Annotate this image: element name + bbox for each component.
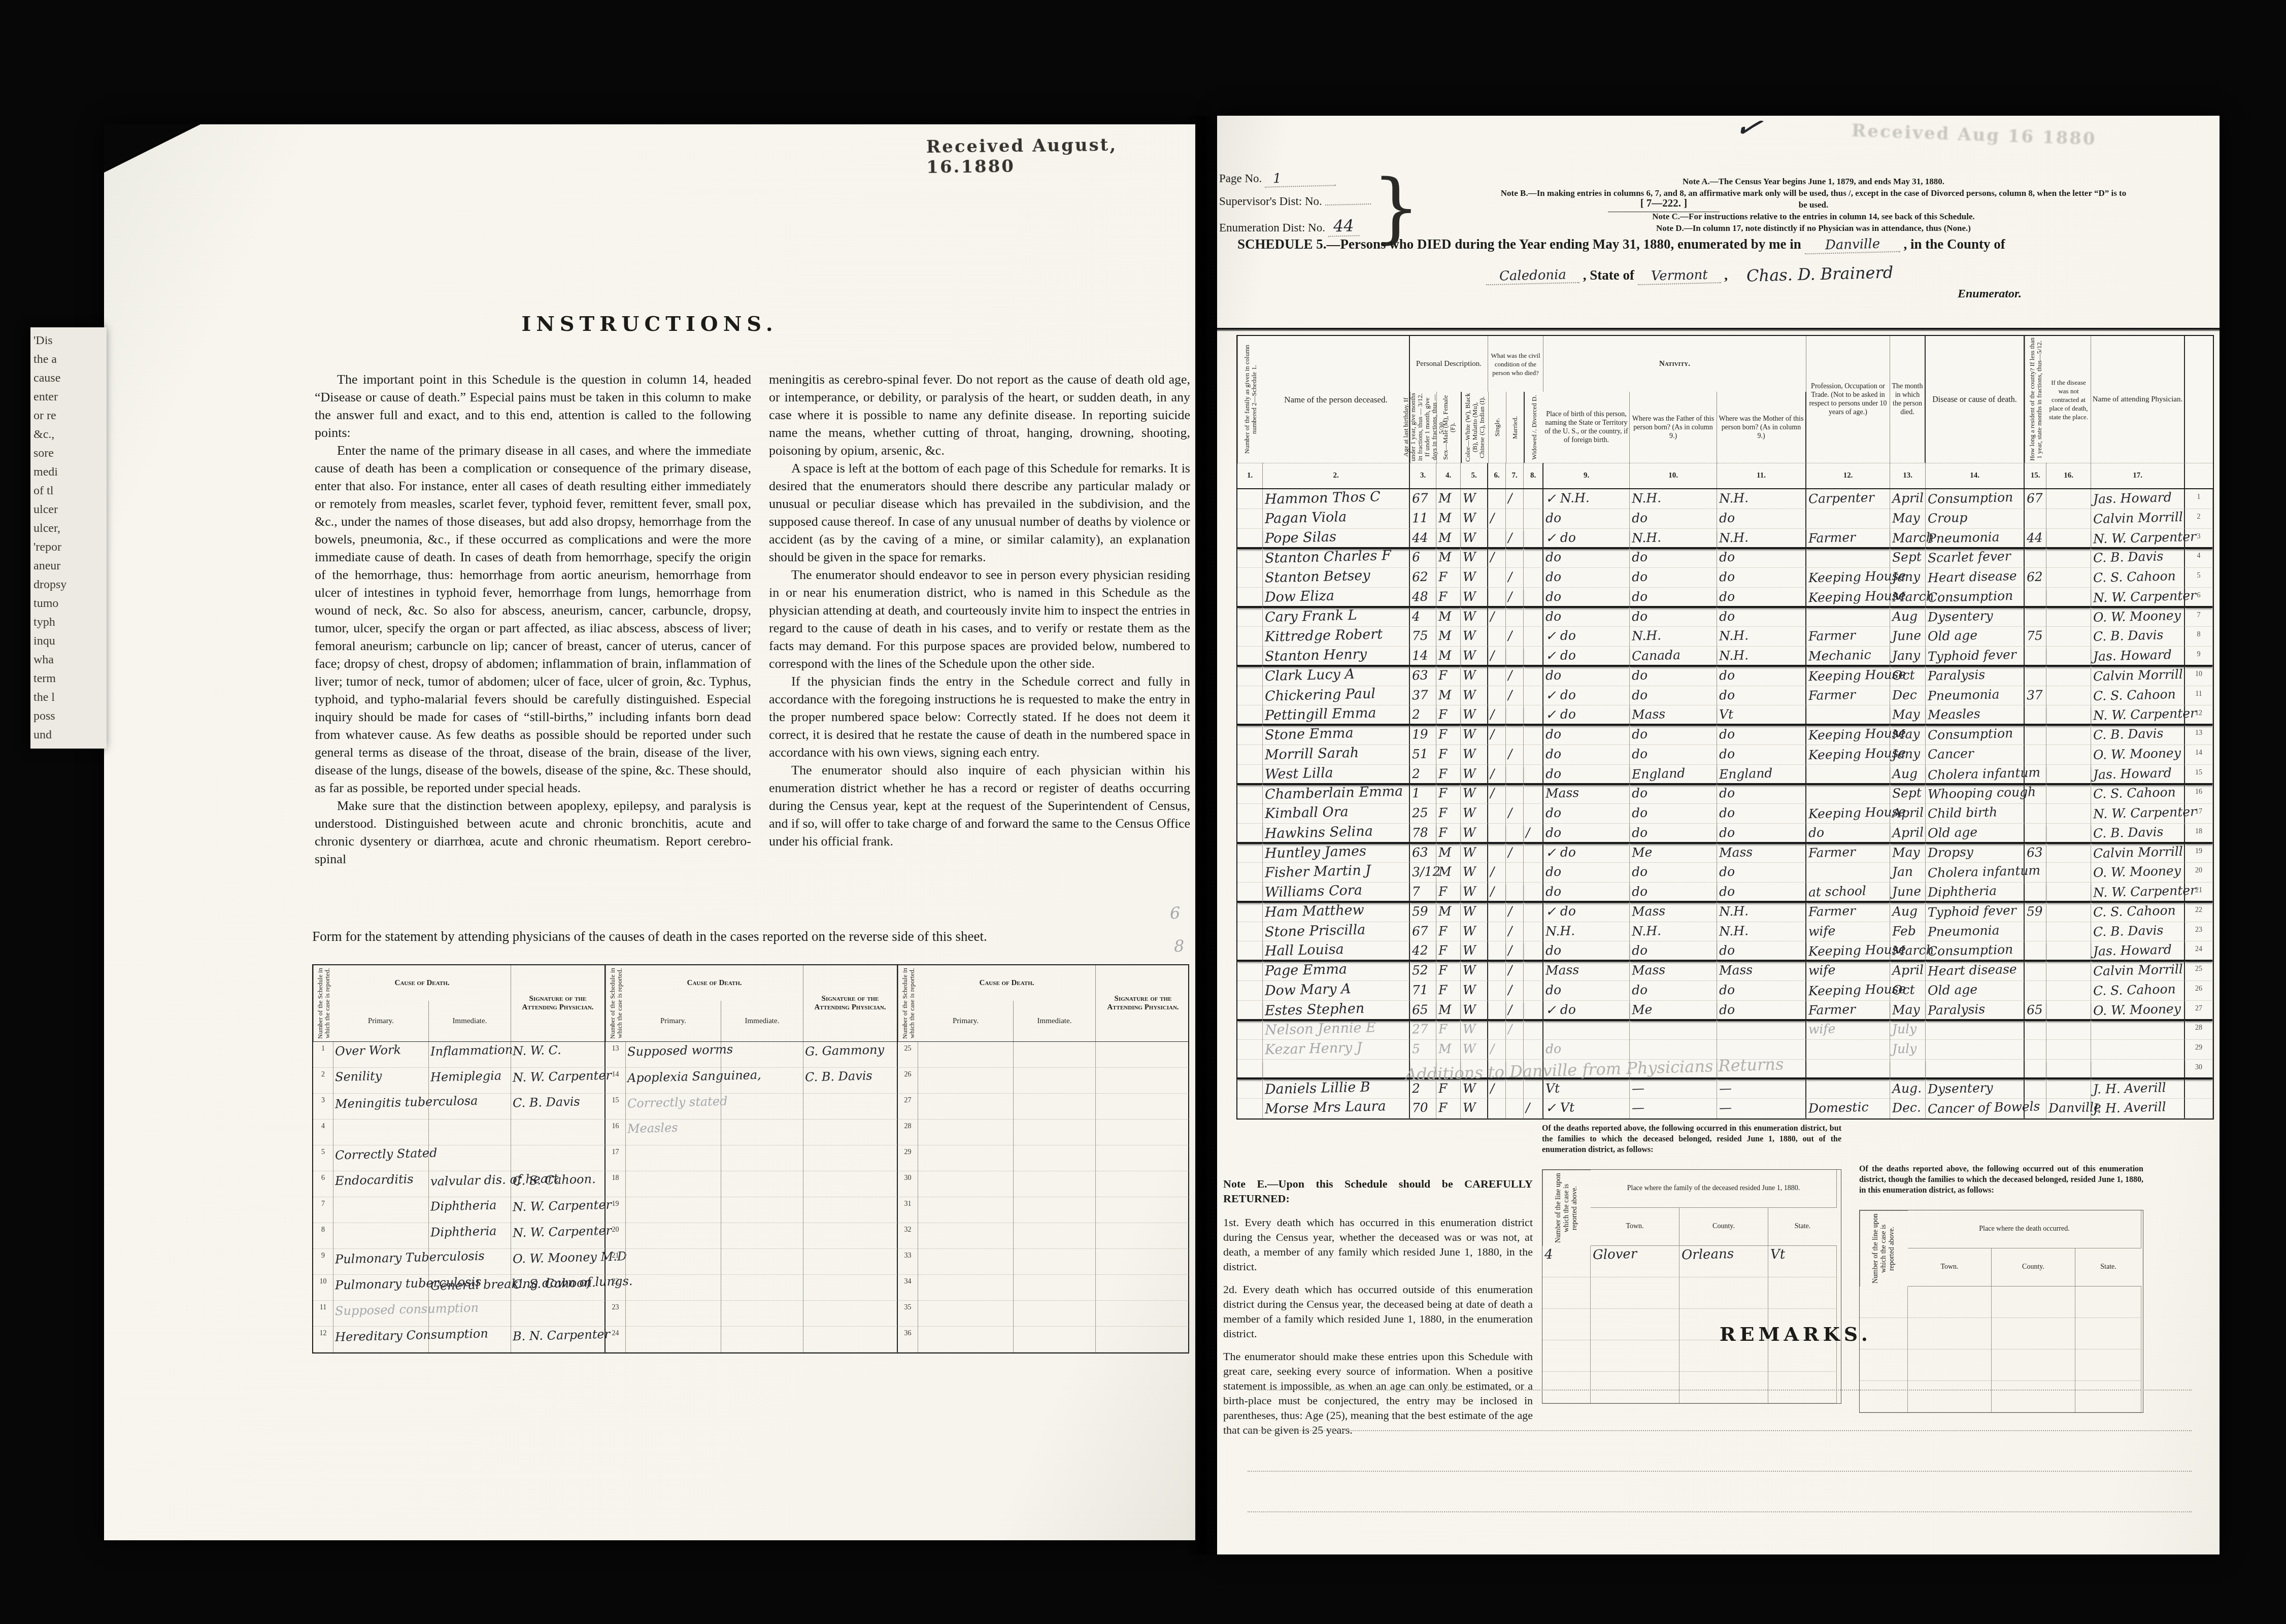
table-row: Estes Stephen65MW/✓ doMedoFarmerMayParal… [1237,1001,2213,1021]
handwritten-value: / [1526,1099,1530,1117]
cell: F [1436,784,1461,804]
handwritten-value: 14 [1412,647,1429,665]
handwritten-value: / [1508,981,1512,999]
cell: Child birth [1926,804,2025,824]
column-header-immediate: Immediate. [721,1001,803,1041]
handwritten-value: Calvin Morrill [2093,508,2183,528]
cell: M [1436,548,1461,568]
cell [1524,941,1543,962]
cell: F [1436,705,1461,726]
column-header-17: Name of attending Physician. [2091,336,2185,463]
cell [2046,1020,2091,1040]
cell [1908,1349,1992,1381]
cell: M [1436,863,1461,883]
cell: March [1890,941,1926,962]
cell [1488,941,1506,962]
column-header-2: Name of the person deceased. [1263,336,1410,463]
table-row: West Lilla2FW/doEnglandEnglandAugCholera… [1237,765,2213,785]
line-number: 29 [898,1145,918,1171]
death-place-county-header: County. [1992,1248,2075,1287]
column-number: 12. [1806,463,1890,488]
handwritten-value: Pope Silas [1265,528,1337,548]
line-number: 11 [2185,686,2213,706]
handwritten-value: Dec. [1892,1099,1922,1118]
handwritten-value: Endocarditis [335,1170,414,1190]
clipped-text-fragment: 'repor [33,538,104,557]
cell: / [1506,1001,1524,1021]
cell [803,1094,898,1120]
handwritten-value: 63 [1412,843,1429,862]
cell [1237,784,1263,804]
cell: F [1436,804,1461,824]
cell: Mass [1717,843,1806,863]
cell: 44 [1410,529,1436,549]
handwritten-value: Stanton Betsey [1265,566,1370,587]
handwritten-value: 19 [1412,725,1429,744]
cell: Vt [1768,1246,1837,1277]
handwritten-value: W [1463,509,1476,527]
line-number: 19 [2185,843,2213,863]
handwritten-value: F [1438,568,1448,586]
column-number: 2. [1263,463,1410,488]
table-row: 6Endocarditisvalvular dis. of heartC. S.… [313,1171,1188,1197]
residence-table-block: Of the deaths reported above, the follow… [1542,1123,1841,1404]
handwritten-value: N. W. Carpenter [2093,527,2197,548]
cell [1096,1042,1190,1068]
cell: W [1461,843,1488,863]
cell [1524,647,1543,667]
cell [1908,1381,1992,1412]
line-number: 5 [313,1145,333,1171]
handwritten-value: do [1545,607,1562,626]
cell: do [1630,548,1717,568]
cell [1237,1099,1263,1119]
cell: Nelson Jennie E [1263,1020,1410,1040]
handwritten-value: 59 [2027,902,2043,921]
instructions-column-2: meningitis as cerebro-spinal fever. Do n… [769,370,1190,850]
death-place-header: Place where the death occurred. [1908,1210,2141,1248]
handwritten-value: do [1719,745,1735,763]
cell [1524,548,1543,568]
handwritten-value: Nelson Jennie E [1265,1019,1376,1040]
cell: March [1890,588,1926,608]
handwritten-value: do [1545,883,1562,901]
cell [1488,666,1506,686]
title-rule [1217,328,2220,331]
handwritten-value: July [1892,1039,1917,1058]
handwritten-value: C. S. Cahoon [2093,980,2176,1000]
residence-row-town: Glover [1593,1246,1637,1263]
cell: N. W. Carpenter [2091,883,2185,903]
handwritten-value: M [1438,686,1452,704]
handwritten-value: Supposed worms [627,1040,733,1060]
cell: W [1461,568,1488,588]
cell [1096,1120,1190,1145]
cell: June [1890,627,1926,647]
cell: Kimball Ora [1263,804,1410,824]
clipped-text-fragment: und [33,726,104,745]
handwritten-value: O. W. Mooney [2093,744,2181,764]
cell [429,1094,511,1120]
cell [1237,961,1263,981]
handwritten-value: Farmer [1808,626,1856,646]
handwritten-value: Mechanic [1808,646,1871,665]
cell [1488,961,1506,981]
handwritten-value: Jan [1892,863,1913,882]
cell [2046,588,2091,608]
cell: F [1436,588,1461,608]
table-row: Dow Eliza48FW/dododoKeeping HouseMarchCo… [1237,588,2213,607]
handwritten-value: 42 [1412,941,1429,960]
table-row: 7DiphtheriaN. W. Carpenter1931 [313,1197,1188,1223]
line-number [2185,1099,2213,1119]
cell: F [1436,922,1461,942]
handwritten-value: do [1719,784,1735,803]
cell: Danville [2046,1099,2091,1119]
handwritten-value: W [1463,764,1476,783]
title-text: , [1724,267,1728,283]
cell: do [1630,568,1717,588]
cell [1014,1094,1096,1120]
cell: do [1717,548,1806,568]
cell [918,1223,1014,1249]
cell: C. B. Davis [2091,627,2185,647]
residence-row-county: Orleans [1682,1246,1734,1263]
cell [1806,1079,1890,1099]
death-place-table: Number of the line upon which the case i… [1859,1210,2143,1413]
cell: B. N. Carpenter [511,1327,606,1352]
cell: / [1506,489,1524,509]
handwritten-value: Aug [1892,607,1918,626]
title-place: Danville [1804,236,1900,255]
cell: / [1506,981,1524,1001]
cell: O. W. Mooney [2091,1001,2185,1021]
cell: W [1461,1099,1488,1119]
handwritten-value: ✓ N.H. [1545,489,1590,508]
cell [1506,1040,1524,1060]
handwritten-value: F [1438,784,1448,802]
handwritten-value: ✓ do [1545,528,1576,547]
cell: / [1524,1099,1543,1119]
handwritten-value: July [1892,1020,1917,1039]
cell: Croup [1926,509,2025,529]
handwritten-value: M [1438,489,1452,508]
cell: Whooping cough [1926,784,2025,804]
cell: C. S. Cahoon [2091,568,2185,588]
cell: July [1890,1040,1926,1060]
cell: Mass [1630,705,1717,726]
cell [2075,1381,2141,1412]
handwritten-value: Diphtheria [430,1196,497,1215]
table-row: Chamberlain Emma1FW/MassdodoSeptWhooping… [1237,784,2213,804]
cell [1096,1327,1190,1352]
handwritten-value: do [1719,863,1735,882]
cell: Consumption [1926,588,2025,608]
cell: Farmer [1806,529,1890,549]
handwritten-value: do [1545,764,1562,783]
cell: Stone Priscilla [1263,922,1410,942]
group-header-personal: Personal Description. [1410,336,1488,392]
cell [511,1301,606,1327]
column-header-14: Disease or cause of death. [1926,336,2025,463]
cell: do [1717,607,1806,627]
cell: M [1436,843,1461,863]
cell: 6 [1410,548,1436,568]
cell [2091,1040,2185,1060]
cell: C. S. Cahoon [2091,981,2185,1001]
handwritten-value: F [1438,961,1448,979]
table-row: Page Emma52FW/MassMassMasswifeAprilHeart… [1237,961,2213,981]
cell: W [1461,548,1488,568]
death-place-state-header: State. [2075,1248,2141,1287]
cell: do [1543,588,1630,608]
cell [1908,1287,1992,1318]
cell [2025,705,2046,726]
cell: Kittredge Robert [1263,627,1410,647]
cell [1506,1099,1524,1119]
column-number: 10. [1630,463,1717,488]
line-number: 10 [313,1275,333,1301]
cell [1630,1020,1717,1040]
cell [1237,824,1263,844]
cell [2025,588,2046,608]
table-row: Kittredge Robert75MW/✓ doN.H.N.H.FarmerJ… [1237,627,2213,647]
cell: Canada [1630,647,1717,667]
cell: do [1717,509,1806,529]
handwritten-value: — [1719,1079,1732,1098]
handwritten-value: ✓ do [1545,705,1576,724]
cell: ✓ Vt [1543,1099,1630,1119]
title-text: , in the County of [1903,236,2005,252]
cell [1014,1275,1096,1301]
page-no-label: Page No. [1219,172,1262,185]
handwritten-value: Pneumonia [1928,528,2000,548]
cell: Supposed worms [626,1042,721,1068]
cell [1488,745,1506,765]
line-number: 19 [606,1197,626,1223]
table-row: 2SenilityHemiplegiaN. W. Carpenter14Apop… [313,1068,1188,1094]
cell: do [1717,883,1806,903]
line-number: 30 [2185,1060,2213,1079]
cell: 1 [1410,784,1436,804]
column-number: 17. [2091,463,2185,488]
cell: Farmer [1806,1001,1890,1021]
line-number: 15 [2185,765,2213,785]
cell [1488,804,1506,824]
line-number: 21 [2185,883,2213,903]
handwritten-value: 6 [1412,548,1421,566]
handwritten-value: Cholera infantum [1928,763,2041,784]
cell: / [1524,824,1543,844]
cell [1237,568,1263,588]
pencil-mark: 6 [1170,903,1181,923]
cell: / [1488,607,1506,627]
cell: do [1717,1001,1806,1021]
handwritten-value: W [1463,823,1476,842]
handwritten-value: Typhoid fever [1928,901,2017,922]
cell: Mechanic [1806,647,1890,667]
handwritten-value: Canada [1632,646,1681,665]
table-row: Pagan Viola11MW/dododoMayCroupCalvin Mor… [1237,509,2213,529]
cell: April [1890,824,1926,844]
line-number: 12 [2185,705,2213,726]
cell: do [1717,686,1806,706]
handwritten-value: Kezar Henry J [1265,1039,1363,1060]
cell [1237,725,1263,745]
handwritten-value: Consumption [1928,488,2013,509]
cell [1926,1040,2025,1060]
column-header-number: Number of the Schedule in which the case… [606,965,626,1041]
cell: do [1717,784,1806,804]
table-row: 10Pulmonary tuberculosisGeneral breaking… [313,1275,1188,1301]
line-number: 31 [898,1197,918,1223]
cell: 65 [1410,1001,1436,1021]
cell [2046,804,2091,824]
cell: Carpenter [1806,489,1890,509]
cell [1524,725,1543,745]
handwritten-value: Mass [1719,843,1753,862]
handwritten-value: / [1508,588,1512,606]
handwritten-value: N.H. [1632,627,1662,646]
cell: Correctly Stated [333,1145,429,1171]
cell [1591,1277,1679,1309]
handwritten-value: W [1463,883,1476,901]
handwritten-value: C. B. Davis [2093,921,2164,941]
handwritten-value: May [1892,1000,1921,1019]
handwritten-value: W [1463,1099,1476,1118]
cell [1096,1145,1190,1171]
cell: / [1488,725,1506,745]
cell: 78 [1410,824,1436,844]
table-row: 5Correctly Stated1729 [313,1145,1188,1171]
cell [1524,902,1543,922]
handwritten-value: do [1632,686,1648,704]
cell: do [1717,863,1806,883]
handwritten-value: ✓ do [1545,843,1576,862]
line-number: 5 [2185,568,2213,588]
cell [333,1223,429,1249]
cell [2075,1318,2141,1349]
cell: N. W. Carpenter [511,1068,606,1094]
cell: N. W. Carpenter [2091,804,2185,824]
cell [1506,725,1524,745]
cell [2046,745,2091,765]
cell: Me [1630,1001,1717,1021]
handwritten-value: 70 [1412,1099,1429,1118]
cell: / [1506,745,1524,765]
cell: Morrill Sarah [1263,745,1410,765]
cell [1524,863,1543,883]
cell [1237,863,1263,883]
cell: 3/12 [1410,863,1436,883]
handwritten-value: Heart disease [1928,960,2017,980]
line-number: 2 [2185,509,2213,529]
cell [1506,765,1524,785]
cell [626,1249,721,1275]
handwritten-value: W [1463,804,1476,823]
remarks-line [1248,1511,2192,1512]
table-row: Morrill Sarah51FW/dododoKeeping HouseJan… [1237,745,2213,765]
line-number: 8 [313,1223,333,1249]
cell: / [1488,765,1506,785]
handwritten-value: Farmer [1808,902,1856,921]
cell [918,1301,1014,1327]
cell: Farmer [1806,843,1890,863]
group-header-nativity: Nativity. [1543,336,1806,392]
handwritten-value: April [1892,823,1924,842]
handwritten-value: ✓ do [1545,686,1576,704]
cell: / [1488,509,1506,529]
clipped-text-fragment: inqu [33,632,104,651]
line-number: 11 [313,1301,333,1327]
handwritten-value: do [1545,941,1562,960]
cell: W [1461,607,1488,627]
column-number: 13. [1890,463,1926,488]
handwritten-value: Correctly Stated [335,1144,438,1164]
cell: W [1461,981,1488,1001]
enumeration-line: Enumeration Dist: No. 44 [1219,216,1371,236]
cell: N.H. [1543,922,1630,942]
table-row: Stone Emma19FW/dododoKeeping HouseMayCon… [1237,725,2213,745]
handwritten-value: M [1438,528,1452,547]
cell: W [1461,824,1488,844]
column-number: 14. [1926,463,2025,488]
cell [803,1249,898,1275]
note-e-p3: The enumerator should make these entries… [1223,1349,1533,1437]
cell [918,1042,1014,1068]
cell [1542,1372,1591,1403]
handwritten-value: Aug [1892,764,1918,783]
cell: M [1436,529,1461,549]
handwritten-value: W [1463,843,1476,862]
column-header-primary: Primary. [333,1001,429,1041]
cell: Pulmonary Tuberculosis [333,1249,429,1275]
cell: Hammon Thos C [1263,489,1410,509]
handwritten-value: do [1719,587,1735,606]
handwritten-value: 44 [2027,528,2043,547]
handwritten-value: W [1463,1040,1476,1059]
cell: F [1436,941,1461,962]
cell: N. W. Carpenter [511,1223,606,1249]
cell: Farmer [1806,686,1890,706]
cell: W [1461,529,1488,549]
cell [2025,981,2046,1001]
cell [429,1301,511,1327]
underlying-page-edge: 'Disthe acauseenteror re&c.,soremediof t… [30,327,107,749]
cell: W [1461,941,1488,962]
cell [1014,1249,1096,1275]
cell: / [1488,1040,1506,1060]
line-number: 3 [313,1094,333,1120]
cell: do [1543,804,1630,824]
handwritten-value: C. S. Cahoon [2093,567,2176,587]
cell [918,1327,1014,1352]
cell: May [1890,725,1926,745]
table-row: Stone Priscilla67FW/N.H.N.H.N.H.wifeFebP… [1237,922,2213,942]
handwritten-value: F [1438,922,1448,940]
handwritten-value: Jas. Howard [2093,764,2172,784]
handwritten-value: do [1545,804,1562,823]
column-number: 16. [2046,463,2091,488]
cell [721,1249,803,1275]
handwritten-value: / [1508,745,1512,763]
clipped-text-fragment: dropsy [33,576,104,594]
cell: W [1461,489,1488,509]
cell: 25 [1410,804,1436,824]
cell [2025,548,2046,568]
handwritten-value: Carpenter [1808,488,1875,508]
note-d: Note D.—In column 17, note distinctly if… [1499,222,2128,234]
